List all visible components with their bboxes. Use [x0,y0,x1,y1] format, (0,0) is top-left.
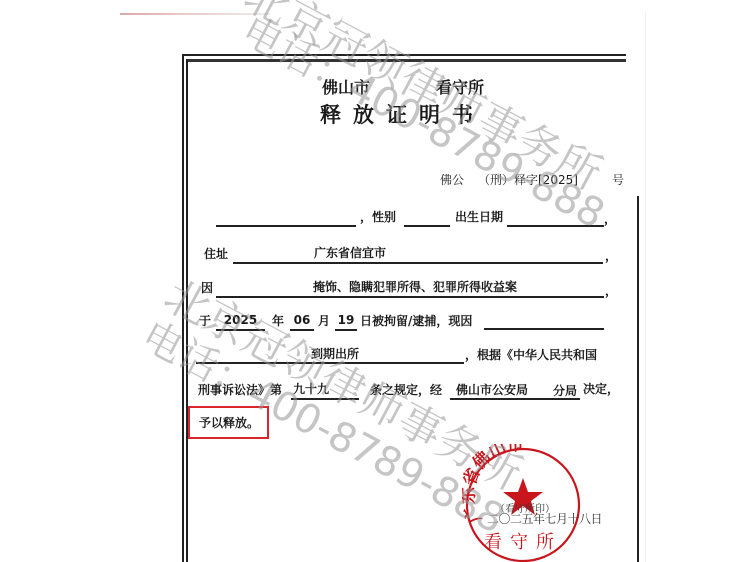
frame-top-inner [186,59,626,62]
official-seal: 广东省佛山市 （看守所印） 看守所 [462,444,584,562]
frame-right [637,196,639,562]
address-field: 广东省信宜市 [300,246,400,260]
release-reason-line-2 [196,362,464,364]
reason-field: 掩饰、隐瞒犯罪所得、犯罪所得收益案 [290,280,540,294]
gender-label: ，性别 [360,210,396,224]
page-edge [645,12,646,562]
issuer-org: 看守所 [436,79,484,97]
month-field-line [290,329,314,331]
year-label: 年 [272,314,284,328]
issue-date: 二〇二五年七月十八日 [487,510,602,527]
release-reason-line-1 [484,328,604,330]
top-edge-mark [120,13,270,15]
gender-field-line [404,225,450,227]
article-suffix: 条之规定，经 [370,383,442,397]
document-title: 释放证明书 [320,103,485,127]
reason-field-line [216,296,604,298]
doc-number-suffix: 号 [612,173,624,187]
doc-number-type: （刑）释字[2025] [478,173,578,187]
decision-label: 决定， [583,382,619,396]
frame-left-outer [182,54,184,562]
authority-field: 佛山市公安局 [452,383,532,397]
year-field: 2025 [216,313,265,327]
day-field-line [335,329,357,331]
seal-bottom-text: 看守所 [484,532,562,553]
conclusion-text: 予以释放。 [199,416,259,430]
year-field-line [216,329,265,331]
address-field-line [233,262,603,264]
release-reason-field: 到期出所 [300,347,370,361]
article-field-line [291,398,359,400]
authority-field-line [450,398,580,400]
day-field: 19 [335,313,357,327]
row2-comma: ， [605,249,617,263]
row1-comma: ， [604,212,616,226]
month-label: 月 [318,314,330,328]
branch-label: 分局 [553,384,577,398]
reason-label: 因 [201,281,213,295]
month-field: 06 [290,313,314,327]
name-field-line [216,225,356,227]
frame-left-inner [186,59,188,562]
doc-number-prefix: 佛公 [440,173,464,187]
frame-top-outer [182,54,626,56]
day-label: 日被拘留/逮捕，现因 [360,314,472,328]
law-text-1: ，根据《中华人民共和国 [465,348,597,362]
birth-field-line [507,225,604,227]
row3-comma: ， [605,284,617,298]
issuer-city: 佛山市 [322,79,370,97]
detained-prefix: 于 [199,314,211,328]
address-label: 住址 [204,247,228,261]
birth-label: 出生日期 [455,210,503,224]
article-field: 九十九 [291,382,331,396]
law-text-2: 刑事诉讼法》第 [198,383,282,397]
